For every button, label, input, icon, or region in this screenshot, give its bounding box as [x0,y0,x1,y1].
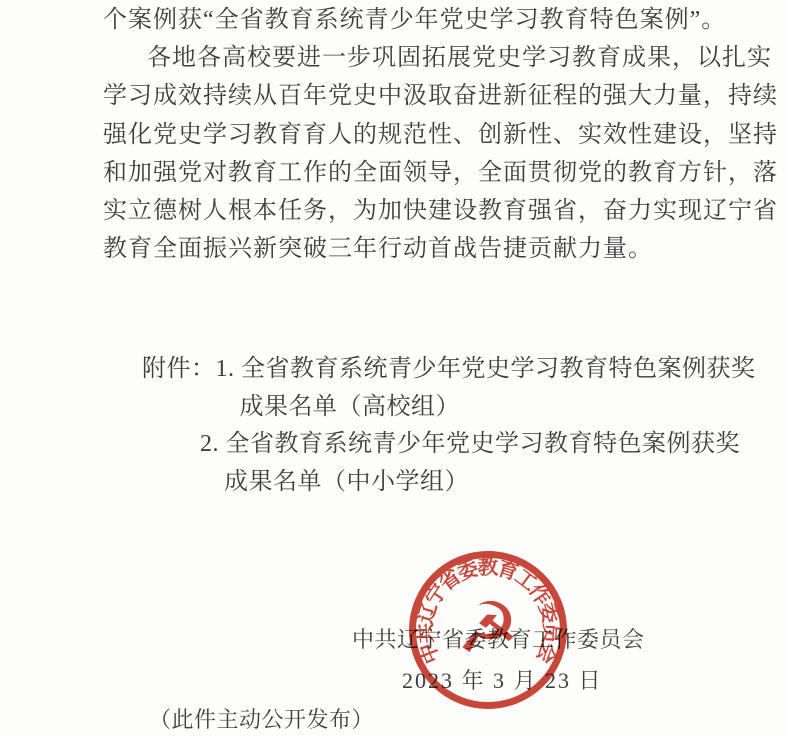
attachment-item-number: 2. [200,431,219,457]
body-text-line: 实立德树人根本任务，为加快建设教育强省，奋力实现辽宁省 [103,192,783,230]
document-body: 个案例获“全省教育系统青少年党史学习教育特色案例”。 各地各高校要进一步巩固拓展… [103,1,783,268]
official-seal: 中共辽宁省委教育工作委员会 ☭ [406,548,570,712]
body-text-line: 教育全面振兴新突破三年行动首战告捷贡献力量。 [103,230,783,268]
body-text-line: 各地各高校要进一步巩固拓展党史学习教育成果，以扎实 [103,39,783,77]
attachments-label: 附件： [142,351,216,389]
document-page: 个案例获“全省教育系统青少年党史学习教育特色案例”。 各地各高校要进一步巩固拓展… [0,0,788,737]
body-text-line: 强化党史学习教育育人的规范性、创新性、实效性建设，坚持 [103,116,783,154]
body-text-line: 个案例获“全省教育系统青少年党史学习教育特色案例”。 [103,1,783,39]
attachment-item-title: 全省教育系统青少年党史学习教育特色案例获奖 [226,431,741,457]
hammer-and-sickle-icon: ☭ [457,587,520,669]
body-text-line: 和加强党对教育工作的全面领导，全面贯彻党的教育方针，落 [103,154,783,192]
attachment-item-title: 全省教育系统青少年党史学习教育特色案例获奖 [241,356,756,382]
attachment-item-subtitle: 成果名单（中小学组） [224,469,469,495]
attachment-item-subtitle: 成果名单（高校组） [240,394,461,420]
publication-note: （此件主动公开发布） [149,703,374,734]
attachment-item: 1. 全省教育系统青少年党史学习教育特色案例获奖 成果名单（高校组） [216,351,756,426]
attachment-item-number: 1. [216,356,235,382]
body-text-line: 学习成效持续从百年党史中汲取奋进新征程的强大力量，持续 [103,77,783,115]
attachments-section: 附件： 1. 全省教育系统青少年党史学习教育特色案例获奖 成果名单（高校组） 2… [142,351,782,501]
attachment-item: 2. 全省教育系统青少年党史学习教育特色案例获奖 成果名单（中小学组） [200,426,782,501]
